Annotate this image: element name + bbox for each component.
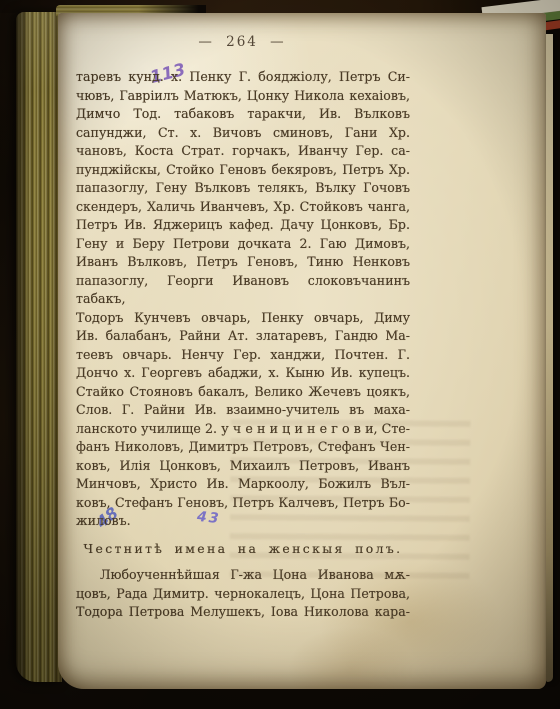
text-line: Ив. балабанъ, Райни Ат. златаревъ, Гандю… <box>76 327 410 346</box>
text-line: Димчо Тод. табаковъ таракчи, Ив. Вълковъ <box>76 105 410 124</box>
text-line: Гену и Беру Петрови дочката 2. Гаю Димов… <box>76 235 410 254</box>
paragraph-names-list: таревъ кунд. х. Пенку Г. бояджіолу, Петр… <box>76 68 410 531</box>
text-line: скендеръ, Халичь Иванчевъ, Хр. Стойковъ … <box>76 198 410 217</box>
page-number: — 264 — <box>76 34 408 50</box>
book-photo: — 264 — 113 48 43 таревъ кунд. х. Пенку … <box>0 0 560 709</box>
text-block: таревъ кунд. х. Пенку Г. бояджіолу, Петр… <box>76 68 410 622</box>
text-line: сапунджи, Ст. х. Вичовъ сминовъ, Гани Хр… <box>76 124 410 143</box>
text-line: цовъ, Рада Димитр. чернокалецъ, Цона Пет… <box>76 585 410 604</box>
text-line: папазоглу, Гену Вълковъ телякъ, Вълку Го… <box>76 179 410 198</box>
text-line: ковъ, Илія Цонковъ, Михаилъ Петровъ, Ива… <box>76 457 410 476</box>
text-line: ковъ, Стефанъ Геновъ, Петръ Калчевъ, Пет… <box>76 494 410 513</box>
text-line: Стайко Стояновъ бакалъ, Велико Жечевъ цо… <box>76 383 410 402</box>
text-line: Тодоръ Кунчевъ овчарь, Пенку овчарь, Дим… <box>76 309 410 328</box>
text-line: теевъ овчарь. Ненчу Гер. ханджи, Почтен.… <box>76 346 410 365</box>
text-line: Слов. Г. Райни Ив. взаимно-учитель въ ма… <box>76 401 410 420</box>
gutter-page-edge <box>546 34 553 682</box>
text-line: чановъ, Коста Страт. горчакъ, Иванчу Гер… <box>76 142 410 161</box>
text-line: папазоглу, Георги Ивановъ слоковъчанинъ … <box>76 272 410 309</box>
section-heading: Честнитѣ имена на женскыя полъ. <box>76 540 410 559</box>
text-line: Дончо х. Георгевъ абаджи, х. Кыню Ив. ку… <box>76 364 410 383</box>
text-line: жиловъ. <box>76 512 410 531</box>
page-edge-stripes-left <box>16 12 62 682</box>
text-line: пунджійскы, Стойко Геновъ бекяровъ, Петр… <box>76 161 410 180</box>
text-line: Любоученнѣйшая Г-жа Цона Иванова мѫ- <box>76 566 410 585</box>
text-line: Иванъ Вълковъ, Петръ Геновъ, Тиню Ненков… <box>76 253 410 272</box>
text-line: ланското училище 2. у ч е н и ц и н е г … <box>76 420 410 439</box>
text-line: Минчовъ, Христо Ив. Маркоолу, Божилъ Въл… <box>76 475 410 494</box>
text-line: таревъ кунд. х. Пенку Г. бояджіолу, Петр… <box>76 68 410 87</box>
text-line: Тодора Петрова Мелушекъ, Іова Николова к… <box>76 603 410 622</box>
paragraph-women-names: Любоученнѣйшая Г-жа Цона Иванова мѫ-цовъ… <box>76 566 410 622</box>
text-line: Петръ Ив. Яджерицъ кафед. Дачу Цонковъ, … <box>76 216 410 235</box>
text-line: чювъ, Гавріилъ Матюкъ, Цонку Никола кеха… <box>76 87 410 106</box>
text-line: фанъ Николовъ, Димитръ Петровъ, Стефанъ … <box>76 438 410 457</box>
